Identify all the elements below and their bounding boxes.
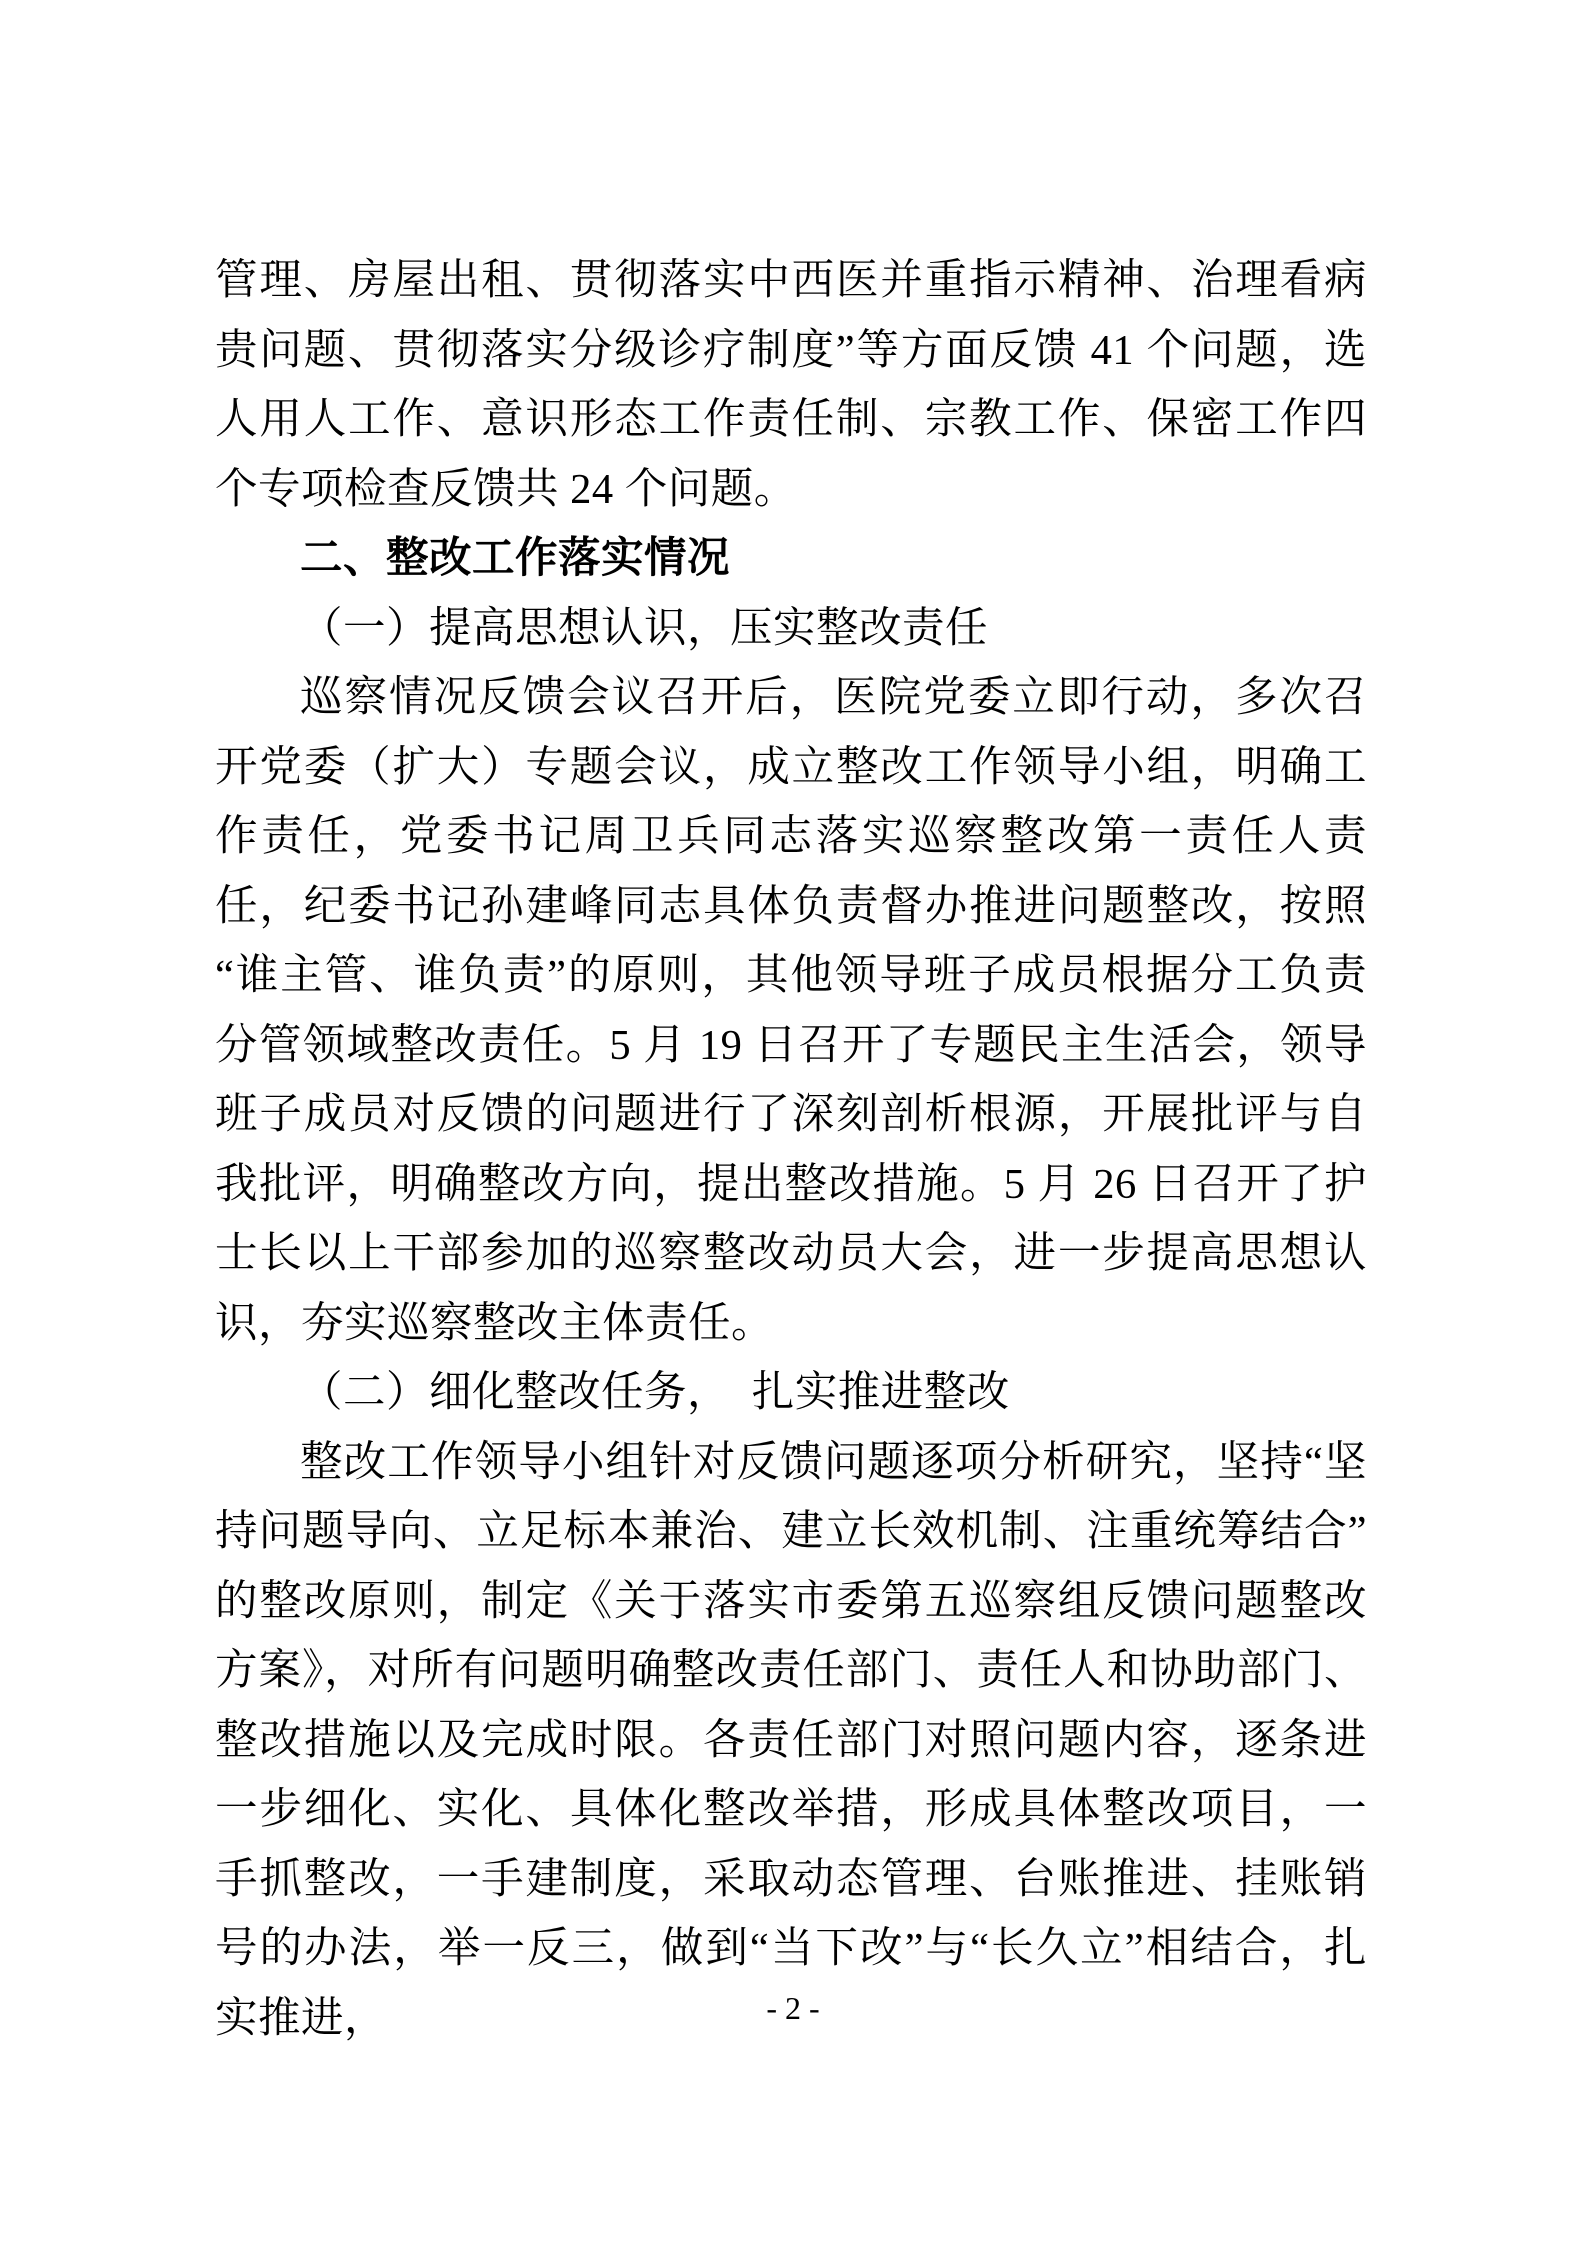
subsection-heading-refine-tasks: （二）细化整改任务， 扎实推进整改 xyxy=(215,1358,1367,1428)
page-number: - 2 - xyxy=(0,1990,1586,2026)
paragraph-feedback-problems-summary: 管理、房屋出租、贯彻落实中西医并重指示精神、治理看病贵问题、贯彻落实分级诊疗制度… xyxy=(215,246,1367,524)
paragraph-refine-rectification-tasks: 整改工作领导小组针对反馈问题逐项分析研究，坚持“坚持问题导向、立足标本兼治、建立… xyxy=(215,1428,1367,2054)
subsection-heading-raise-awareness: （一）提高思想认识，压实整改责任 xyxy=(215,594,1367,664)
document-text-block: 管理、房屋出租、贯彻落实中西医并重指示精神、治理看病贵问题、贯彻落实分级诊疗制度… xyxy=(215,246,1367,2053)
document-page: 管理、房屋出租、贯彻落实中西医并重指示精神、治理看病贵问题、贯彻落实分级诊疗制度… xyxy=(0,0,1586,2245)
section-heading-rectification-implementation: 二、整改工作落实情况 xyxy=(215,524,1367,594)
paragraph-responsibility-implementation: 巡察情况反馈会议召开后，医院党委立即行动，多次召开党委（扩大）专题会议，成立整改… xyxy=(215,663,1367,1358)
